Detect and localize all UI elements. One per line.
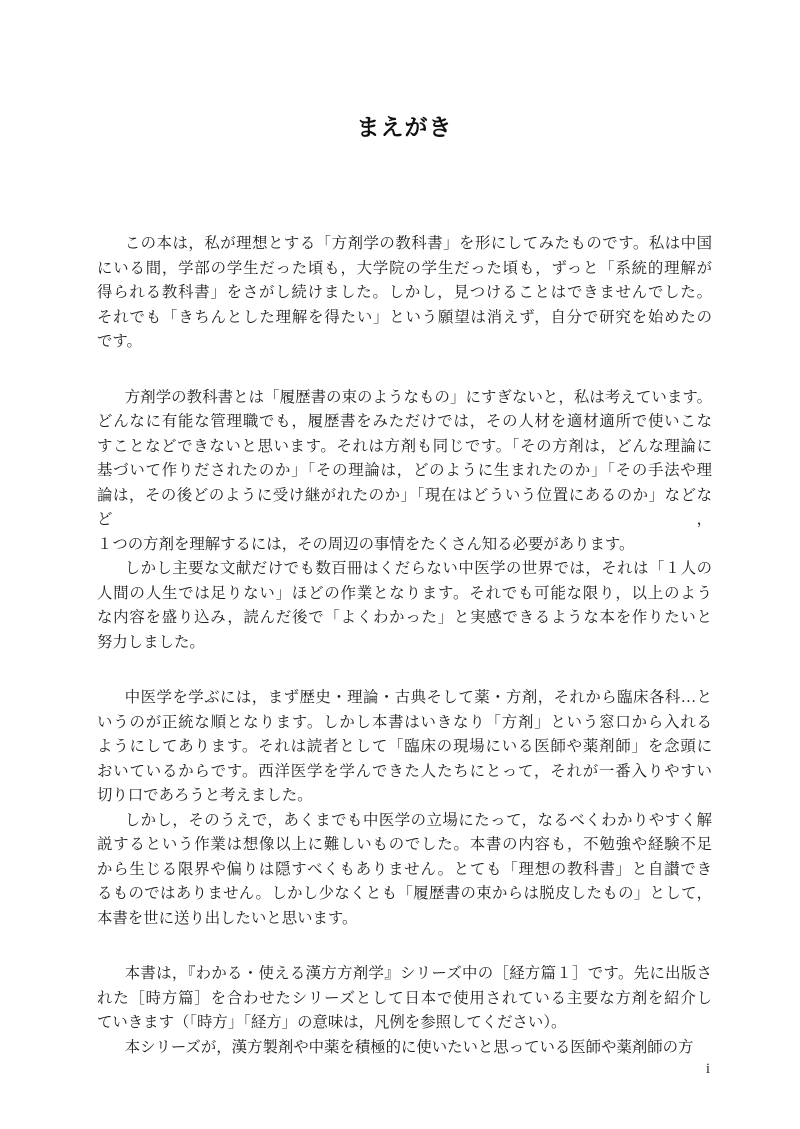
text-line: るものではありません。しかし少なくとも「履歴書の束からは脱皮したもの」として，	[97, 882, 712, 907]
text-line: 得られる教科書」をさがし続けました。しかし，見つけることはできませんでした。	[97, 281, 712, 306]
paragraph-block: 方剤学の教科書とは「履歴書の束のようなもの」にすぎないと，私は考えています。どん…	[97, 386, 712, 656]
text-line: 人間の人生では足りない」ほどの作業となります。それでも可能な限り，以上のよう	[97, 582, 712, 607]
text-line: 論は，その後どのように受け継がれたのか」「現在はどういう位置にあるのか」などなど…	[97, 484, 712, 533]
paragraph: しかし，そのうえで，あくまでも中医学の立場にたって，なるべくわかりやすく解説する…	[97, 809, 712, 932]
text-line: １つの方剤を理解するには，その周辺の事情をたくさん知る必要があります。	[97, 533, 712, 558]
text-line: 方剤学の教科書とは「履歴書の束のようなもの」にすぎないと，私は考えています。	[97, 386, 712, 411]
paragraph: この本は，私が理想とする「方剤学の教科書」を形にしてみたものです。私は中国にいる…	[97, 232, 712, 355]
text-line: ようにしてあります。それは読者として「臨床の現場にいる医師や薬剤師」を念頭に	[97, 735, 712, 760]
text-line: にいる間，学部の学生だった頃も，大学院の学生だった頃も，ずっと「系統的理解が	[97, 257, 712, 282]
paragraph: 本シリーズが，漢方製剤や中薬を積極的に使いたいと思っている医師や薬剤師の方	[97, 1036, 712, 1061]
paragraph: 本書は，『わかる・使える漢方方剤学』シリーズ中の［経方篇１］です。先に出版された…	[97, 962, 712, 1036]
text-line: この本は，私が理想とする「方剤学の教科書」を形にしてみたものです。私は中国	[97, 232, 712, 257]
text-line: しかし主要な文献だけでも数百冊はくだらない中医学の世界では，それは「１人の	[97, 557, 712, 582]
text-line: 基づいて作りだされたのか」「その理論は，どのように生まれたのか」「その手法や理	[97, 459, 712, 484]
text-line: 本書は，『わかる・使える漢方方剤学』シリーズ中の［経方篇１］です。先に出版さ	[97, 962, 712, 987]
document-page: まえがき この本は，私が理想とする「方剤学の教科書」を形にしてみたものです。私は…	[0, 0, 800, 1129]
text-line: 説するという作業は想像以上に難しいものでした。本書の内容も，不勉強や経験不足	[97, 833, 712, 858]
text-line: 努力しました。	[97, 631, 712, 656]
text-line: れた［時方篇］を合わせたシリーズとして日本で使用されている主要な方剤を紹介し	[97, 987, 712, 1012]
text-line: すことなどできないと思います。それは方剤も同じです。「その方剤は，どんな理論に	[97, 435, 712, 460]
text-line: な内容を盛り込み，読んだ後で「よくわかった」と実感できるような本を作りたいと	[97, 606, 712, 631]
text-line: 本書を世に送り出したいと思います。	[97, 907, 712, 932]
paragraph: 方剤学の教科書とは「履歴書の束のようなもの」にすぎないと，私は考えています。どん…	[97, 386, 712, 558]
text-line: おいているからです。西洋医学を学んできた人たちにとって，それが一番入りやすい	[97, 760, 712, 785]
paragraph-block: 本書は，『わかる・使える漢方方剤学』シリーズ中の［経方篇１］です。先に出版された…	[97, 962, 712, 1060]
text-line: どんなに有能な管理職でも，履歴書をみただけでは，その人材を適材適所で使いこな	[97, 410, 712, 435]
text-line: それでも「きちんとした理解を得たい」という願望は消えず，自分で研究を始めたの	[97, 306, 712, 331]
text-line: 中医学を学ぶには，まず歴史・理論・古典そして薬・方剤，それから臨床各科…と	[97, 686, 712, 711]
paragraph-block: この本は，私が理想とする「方剤学の教科書」を形にしてみたものです。私は中国にいる…	[97, 232, 712, 355]
text-line: から生じる限界や偏りは隠すべくもありません。とても「理想の教科書」と自讃でき	[97, 858, 712, 883]
page-title: まえがき	[97, 110, 712, 146]
text-line: です。	[97, 330, 712, 355]
text-line: 本シリーズが，漢方製剤や中薬を積極的に使いたいと思っている医師や薬剤師の方	[97, 1036, 712, 1061]
paragraph: しかし主要な文献だけでも数百冊はくだらない中医学の世界では，それは「１人の人間の…	[97, 557, 712, 655]
text-line: ていきます（「時方」「経方」の意味は，凡例を参照してください）。	[97, 1011, 712, 1036]
page-number: i	[698, 1059, 718, 1079]
text-line: いうのが正統な順となります。しかし本書はいきなり「方剤」という窓口から入れる	[97, 711, 712, 736]
text-line: 切り口であろうと考えました。	[97, 784, 712, 809]
paragraph: 中医学を学ぶには，まず歴史・理論・古典そして薬・方剤，それから臨床各科…というの…	[97, 686, 712, 809]
preface-body: この本は，私が理想とする「方剤学の教科書」を形にしてみたものです。私は中国にいる…	[97, 232, 712, 1060]
paragraph-block: 中医学を学ぶには，まず歴史・理論・古典そして薬・方剤，それから臨床各科…というの…	[97, 686, 712, 931]
text-line: しかし，そのうえで，あくまでも中医学の立場にたって，なるべくわかりやすく解	[97, 809, 712, 834]
